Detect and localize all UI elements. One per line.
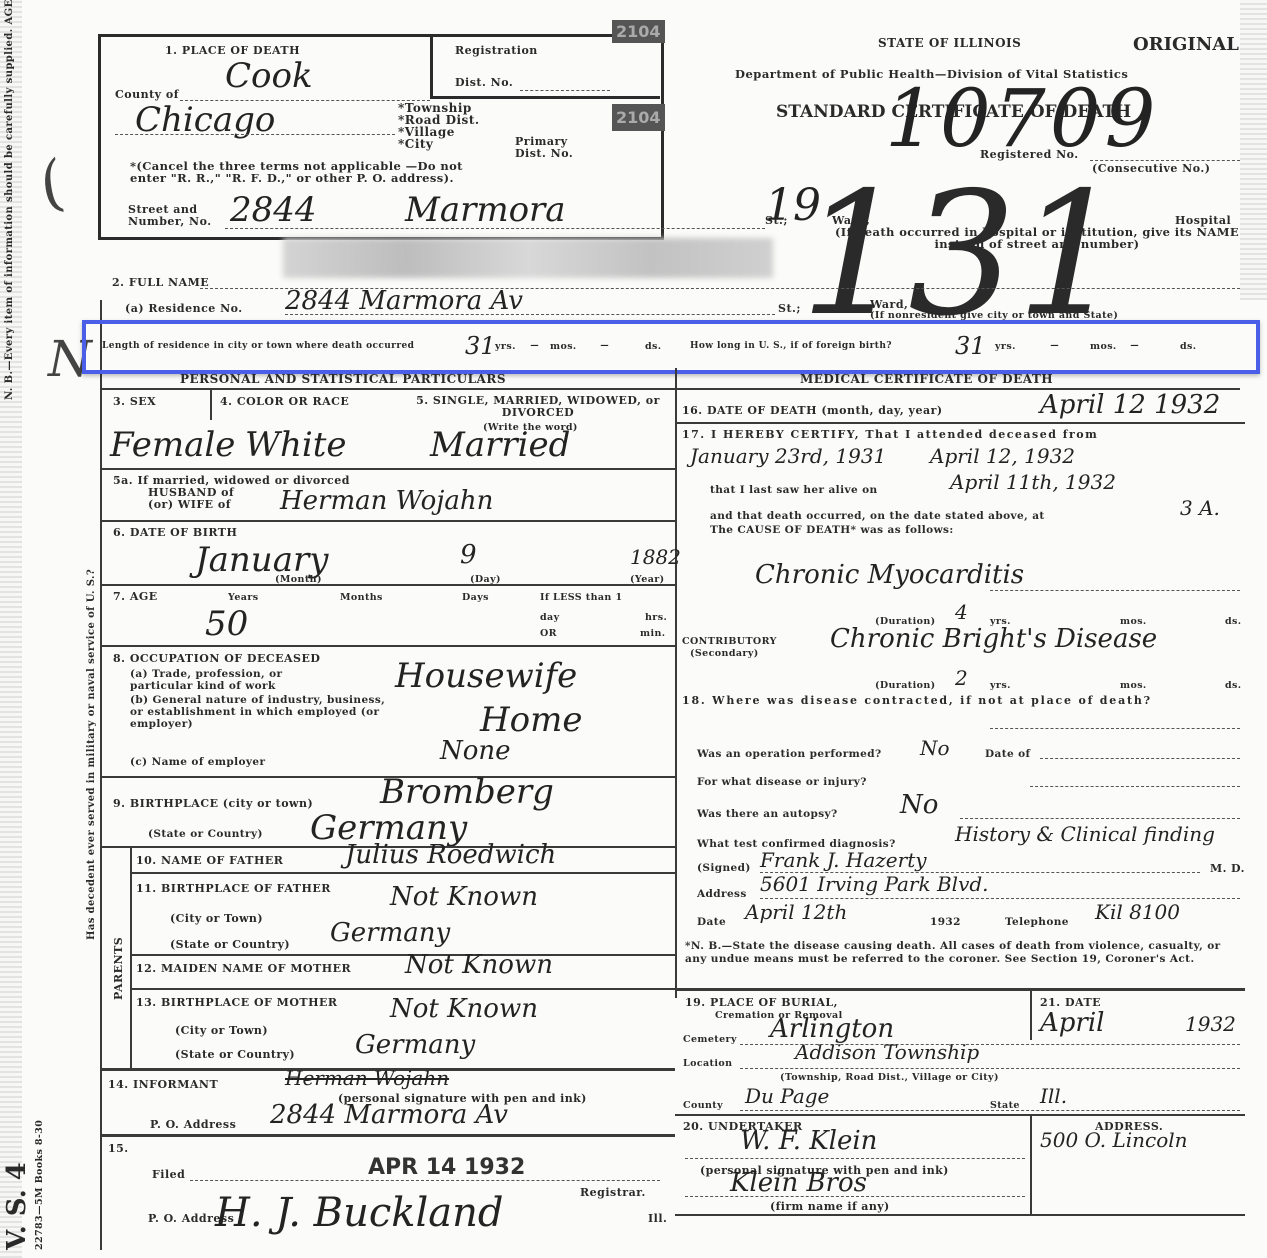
rule-after-father [130, 872, 675, 874]
doctor-address-value: 5601 Irving Park Blvd. [760, 872, 989, 896]
street-label: Street and Number, No. [128, 204, 228, 228]
location-note: (Township, Road Dist., Village or City) [780, 1072, 999, 1083]
contributory-value: Chronic Bright's Disease [830, 624, 1157, 654]
location-value: Addison Township [795, 1040, 979, 1064]
age-years: 50 [205, 604, 248, 644]
burial-county-line [740, 1110, 1240, 1111]
full-name-label: 2. FULL NAME [112, 276, 209, 289]
duration2-mos-label: mos. [1120, 680, 1147, 691]
medical-section-title: MEDICAL CERTIFICATE OF DEATH [800, 372, 1053, 386]
day-short: day [540, 612, 560, 623]
sex-divider [210, 390, 212, 420]
cemetery-label: Cemetery [683, 1034, 737, 1045]
date-of-death-value: April 12 1932 [1040, 390, 1220, 420]
marital-label: 5. SINGLE, MARRIED, WIDOWED, or DIVORCED [413, 395, 663, 419]
scan-edge-right [1240, 0, 1267, 300]
dob-year: 1882 [630, 545, 681, 569]
rule-after-mother [130, 988, 675, 990]
telephone-value: Kil 8100 [1095, 900, 1180, 924]
residence-value: 2844 Marmora Av [285, 286, 523, 316]
residence-line [285, 314, 775, 315]
duration2-yrs-label: yrs. [990, 680, 1011, 691]
employer-value: None [440, 736, 511, 766]
attended-to: April 12, 1932 [930, 444, 1075, 468]
parents-side-label: PARENTS [112, 937, 125, 1000]
rule-before-undertaker [675, 1114, 1245, 1116]
where-contracted-label: 18. Where was disease contracted, if not… [682, 694, 1152, 707]
where-contracted-line [990, 728, 1240, 729]
duration-secondary: 2 [955, 666, 968, 690]
autopsy-value: No [900, 790, 938, 820]
confirmed-value: History & Clinical finding [955, 822, 1215, 846]
rule-bottom [675, 1214, 1245, 1216]
burial-date-month: April [1040, 1008, 1104, 1038]
certify-label: 17. I HEREBY CERTIFY, That I attended de… [682, 428, 1098, 441]
doctor-address-label: Address [697, 888, 747, 900]
street-number: 2844 [230, 190, 317, 230]
mother-maiden-value: Not Known [405, 950, 553, 980]
dist-no-label: Dist. No. [455, 76, 513, 89]
autopsy-line [960, 818, 1240, 819]
registration-label: Registration [455, 44, 538, 57]
registration-bottom [430, 96, 660, 99]
cert-date-value: April 12th [745, 900, 847, 924]
form-id: V. S. 4 [2, 1162, 32, 1250]
residence-st-label: St.; [778, 302, 801, 315]
registrar-signature: H. J. Buckland [215, 1190, 503, 1236]
cert-date-year: 1932 [930, 916, 961, 928]
marital-value: Married [430, 425, 570, 465]
hrs-label: hrs. [645, 612, 667, 623]
doctor-address-line [760, 898, 1240, 899]
cancel-note: *(Cancel the three terms not applicable … [130, 160, 500, 184]
age-label: 7. AGE [113, 590, 158, 603]
undertaker-address-divider [1030, 1116, 1032, 1214]
rule-after-father-birth [130, 954, 675, 956]
rule-after-dob [100, 584, 675, 586]
street-line [225, 228, 765, 229]
duration-ds-label: ds. [1225, 616, 1242, 627]
sex-label: 3. SEX [113, 395, 156, 408]
last-saw-value: April 11th, 1932 [950, 470, 1116, 494]
informant-value: Herman Wojahn [285, 1066, 449, 1090]
residence-label: (a) Residence No. [125, 302, 243, 315]
days-label: Days [462, 592, 489, 603]
operation-label: Was an operation performed? [697, 748, 882, 760]
father-name-value: Julius Roedwich [345, 840, 556, 870]
highlight-box [82, 320, 1260, 374]
birthplace-label: 9. BIRTHPLACE (city or town) [113, 797, 313, 810]
option-city: *City [398, 138, 480, 150]
date-of-death-label: 16. DATE OF DEATH (month, day, year) [682, 404, 943, 417]
dob-label: 6. DATE OF BIRTH [113, 526, 237, 539]
duration2-label: (Duration) [875, 680, 936, 691]
left-border [100, 300, 102, 1250]
birthplace-value: Bromberg [380, 772, 554, 812]
occupation-b: (b) General nature of industry, business… [130, 694, 390, 730]
occupation-value: Housewife [395, 656, 577, 696]
disease-injury-line [1030, 786, 1240, 787]
telephone-label: Telephone [1005, 916, 1069, 928]
rule-after-dod [675, 422, 1245, 424]
margin-note-top: N. B.—Every item of information should b… [4, 0, 15, 400]
operation-value: No [920, 736, 950, 760]
rule-after-spouse [100, 520, 675, 522]
duration-primary: 4 [955, 600, 968, 624]
occupation-label: 8. OCCUPATION OF DECEASED [113, 652, 320, 665]
stamp-mid: 2104 [612, 104, 665, 131]
rule-after-age [100, 645, 675, 647]
spouse-label-3: (or) WIFE of [148, 498, 231, 511]
cause-line [990, 590, 1240, 591]
county-value: Cook [225, 56, 313, 96]
autopsy-label: Was there an autopsy? [697, 808, 838, 820]
undertaker-signature: W. F. Klein [740, 1126, 877, 1156]
burial-date-year: 1932 [1185, 1012, 1236, 1036]
state-title: STATE OF ILLINOIS [878, 36, 1021, 50]
burial-date-divider [1030, 990, 1032, 1040]
burial-label: 19. PLACE OF BURIAL, [685, 996, 838, 1009]
father-city-label: (City or Town) [170, 912, 263, 925]
less-than-label: If LESS than 1 [540, 592, 622, 603]
parents-divider [130, 846, 132, 1068]
rule-after-informant [100, 1134, 675, 1137]
nb-note: *N. B.—State the disease causing death. … [685, 940, 1245, 966]
min-label: min. [640, 628, 665, 639]
registrar-label: Registrar. [580, 1186, 646, 1199]
location-label: Location [683, 1058, 732, 1069]
mother-city-label: (City or Town) [175, 1024, 268, 1037]
primary-dist-label: Primary Dist. No. [515, 136, 585, 160]
location-line [740, 1068, 1240, 1069]
filed-stamp: APR 14 1932 [368, 1155, 525, 1180]
dob-day: 9 [460, 540, 477, 570]
informant-address-value: 2844 Marmora Av [270, 1100, 508, 1130]
center-divider [675, 368, 677, 998]
full-name-redacted [283, 238, 773, 278]
stamp-top: 2104 [612, 20, 665, 43]
mother-city-value: Not Known [390, 994, 538, 1024]
personal-section-title: PERSONAL AND STATISTICAL PARTICULARS [180, 372, 506, 386]
mother-state-label: (State or Country) [175, 1048, 295, 1061]
registrar-state: Ill. [648, 1212, 667, 1225]
original-label: ORIGINAL [1133, 34, 1239, 55]
burial-county-value: Du Page [745, 1084, 829, 1108]
father-city-value: Not Known [390, 882, 538, 912]
burial-county-label: County [683, 1100, 723, 1111]
informant-label: 14. INFORMANT [108, 1078, 218, 1091]
duration2-ds-label: ds. [1225, 680, 1242, 691]
date-of-label: Date of [985, 748, 1030, 760]
years-label: Years [228, 592, 259, 603]
filed-label: Filed [152, 1168, 185, 1181]
months-label: Months [340, 592, 383, 603]
print-info: 22783—5M Books 8-30 [34, 1120, 45, 1250]
father-name-label: 10. NAME OF FATHER [136, 854, 283, 867]
signed-value: Frank J. Hazerty [760, 848, 927, 872]
death-time-label: and that death occurred, on the date sta… [710, 510, 1045, 522]
spouse-value: Herman Wojahn [280, 486, 493, 516]
filing-number: 15. [108, 1142, 129, 1155]
undertaker-line [685, 1158, 1025, 1159]
occupation-a: (a) Trade, profession, or particular kin… [130, 668, 310, 692]
last-saw-label: that I last saw her alive on [710, 484, 878, 496]
signed-label: (Signed) [697, 862, 751, 874]
mother-country-value: Germany [355, 1030, 475, 1060]
filed-line [190, 1180, 660, 1181]
or-label: OR [540, 628, 557, 639]
cause-value: Chronic Myocarditis [755, 560, 1024, 590]
mother-maiden-label: 12. MAIDEN NAME OF MOTHER [136, 962, 351, 975]
occupation-c: (c) Name of employer [130, 756, 265, 768]
contributory-label: CONTRIBUTORY [682, 636, 777, 647]
informant-address-label: P. O. Address [150, 1118, 236, 1131]
secondary-label: (Secondary) [690, 648, 759, 659]
industry-value: Home [480, 700, 582, 740]
burial-state-value: Ill. [1040, 1084, 1067, 1108]
cause-label: The CAUSE OF DEATH* was as follows: [710, 524, 954, 536]
firm-line [685, 1196, 1025, 1197]
cert-date-label: Date [697, 916, 726, 928]
death-time-value: 3 A. [1180, 496, 1220, 520]
father-country-value: Germany [330, 918, 450, 948]
race-label: 4. COLOR OR RACE [220, 395, 349, 408]
dist-no-line [520, 90, 610, 91]
sex-value: Female [110, 425, 235, 465]
margin-scribble: ( [29, 148, 75, 222]
registration-divider [430, 34, 433, 98]
rule-after-sex [100, 468, 675, 470]
firm-note: (firm name if any) [770, 1200, 890, 1213]
street-name: Marmora [405, 190, 566, 230]
city-line [115, 134, 395, 135]
rule-before-burial [675, 988, 1245, 991]
md-label: M. D. [1210, 862, 1245, 875]
disease-injury-label: For what disease or injury? [697, 776, 867, 788]
attended-from: January 23rd, 1931 [690, 444, 886, 468]
municipality-options: *Township *Road Dist. *Village *City [398, 102, 480, 150]
margin-military-note: Has decedent ever served in military or … [86, 569, 97, 940]
undertaker-firm: Klein Bros [730, 1168, 867, 1198]
undertaker-address-value: 500 O. Lincoln [1040, 1128, 1188, 1152]
date-of-line [1040, 758, 1240, 759]
birth-state-label: (State or Country) [148, 828, 263, 840]
race-value: White [245, 425, 347, 465]
mother-birthplace-label: 13. BIRTHPLACE OF MOTHER [136, 996, 338, 1009]
father-state-label: (State or Country) [170, 938, 290, 951]
father-birthplace-label: 11. BIRTHPLACE OF FATHER [136, 882, 331, 895]
